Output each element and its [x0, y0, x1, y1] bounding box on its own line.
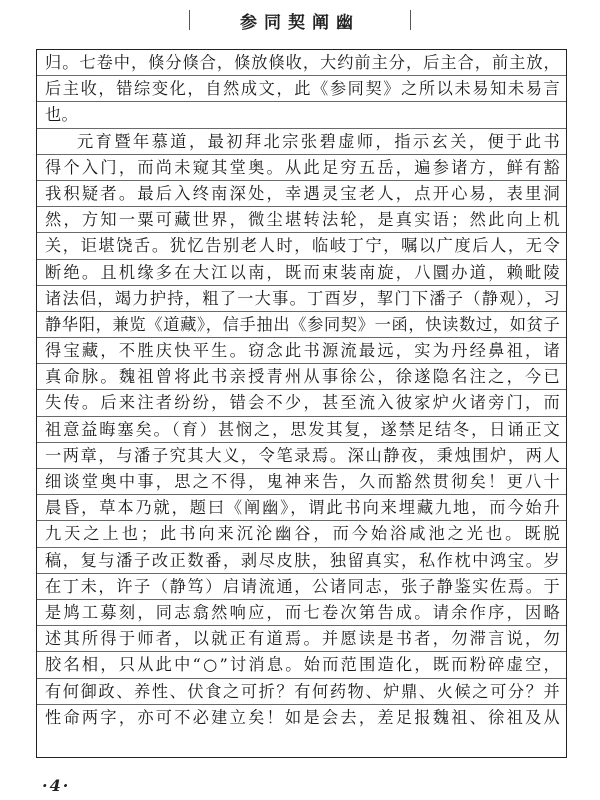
text-line: 在丁未，许子（静笃）启请流通，公诸同志，张子静鉴实佐焉。于 [37, 574, 566, 600]
text-line: 关，讵堪饶舌。犹忆告别老人时，临岐丁宁，嘱以广度后人，无令 [37, 233, 566, 259]
text-line: 后主收，错综变化，自然成文，此《参同契》之所以未易知未易言 [37, 76, 566, 102]
text-line: 然，方知一粟可藏世界，微尘堪转法轮，是真实语；然此向上机 [37, 207, 566, 233]
text-line: 诸法侣，竭力护持，粗了一大事。丁酉岁，挈门下潘子（静观），习 [37, 286, 566, 312]
text-line: 我积疑者。最后入终南深处，幸遇灵宝老人，点开心易，表里洞 [37, 181, 566, 207]
text-line: 稿，复与潘子改正数番，剥尽皮肤，独留真实，私作枕中鸿宝。岁 [37, 548, 566, 574]
text-line: 有何御政、养性、伏食之可折？有何药物、炉鼎、火候之可分？并 [37, 679, 566, 705]
text-line: 也。 [37, 102, 566, 128]
text-line: 性命两字，亦可不必建立矣！如是会去，差足报魏祖、徐祖及从 [37, 705, 566, 731]
text-line: 静华阳，兼览《道藏》，信手抽出《参同契》一函，快读数过，如贫子 [37, 312, 566, 338]
header-divider-right [410, 10, 411, 30]
text-line: 九天之上也；此书向来沉沦幽谷，而今始浴咸池之光也。既脱 [37, 521, 566, 547]
book-title: 参同契阐幽 [0, 8, 600, 33]
paragraph-first-line: 元育暨年慕道，最初拜北宗张碧虚师，指示玄关，便于此书 [37, 129, 566, 155]
text-line: 是鸠工募刻，同志翕然响应，而七卷次第告成。请余作序，因略 [37, 600, 566, 626]
text-line: 晨昏，草本乃就，题曰《阐幽》，谓此书向来埋藏九地，而今始升 [37, 495, 566, 521]
text-line: 一两章，与潘子究其大义，令笔录焉。深山静夜，秉烛围炉，两人 [37, 443, 566, 469]
text-line: 断绝。且机缘多在大江以南，既而束装南旋，八圜办道，赖毗陵 [37, 260, 566, 286]
text-line: 胶名相，只从此中“○”讨消息。始而范围造化，既而粉碎虚空， [37, 652, 566, 678]
text-line: 归。七卷中，倏分倏合，倏放倏收，大约前主分，后主合，前主放， [37, 50, 566, 76]
text-line: 述其所得于师者，以就正有道焉。并愿读是书者，勿滞言说，勿 [37, 626, 566, 652]
text-line: 祖意益晦塞矣。（育）甚悯之，思发其复，遂禁足结冬，日诵正文 [37, 417, 566, 443]
ruled-text-frame: 归。七卷中，倏分倏合，倏放倏收，大约前主分，后主合，前主放，后主收，错综变化，自… [36, 49, 567, 758]
page-number: ·4· [42, 776, 70, 795]
text-line: 得宝藏，不胜庆快平生。窃念此书源流最远，实为丹经鼻祖，诸 [37, 338, 566, 364]
text-line: 细谈堂奥中事，思之不得，鬼神来告，久而豁然贯彻矣！更八十 [37, 469, 566, 495]
text-line: 真命脉。魏祖曾将此书亲授青州从事徐公，徐遂隐名注之，今已 [37, 364, 566, 390]
text-line: 得个入门，而尚未窥其堂奥。从此足穷五岳，遍参诸方，鲜有豁 [37, 155, 566, 181]
text-line: 失传。后来注者纷纷，错会不少，甚至流入彼家炉火诸旁门，而 [37, 390, 566, 416]
running-header: 参同契阐幽 [0, 6, 600, 36]
